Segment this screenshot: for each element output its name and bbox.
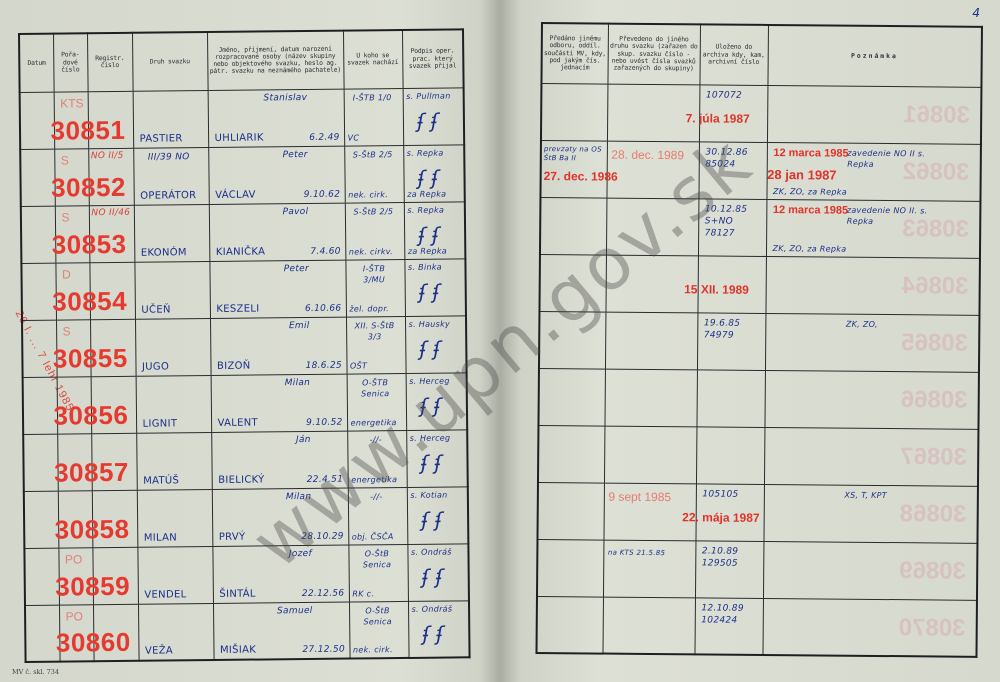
- holder-sub: nek. cirk.: [348, 190, 388, 199]
- order-no-cell: KTS 30851: [54, 91, 89, 148]
- holder: I-ŠTB 3/MU: [352, 263, 396, 285]
- signer-name: s. Repka: [407, 148, 444, 157]
- transferred-cell: [538, 368, 604, 426]
- bleed-through-number: 30863: [902, 215, 969, 244]
- header-row: Předáno jinému odboru, oddíl. součásti M…: [541, 23, 982, 87]
- codename: JUGO: [142, 361, 169, 372]
- signature-mark: ʄ ʄ: [422, 564, 443, 588]
- col-header-holder: U koho se svazek nachází: [343, 30, 403, 89]
- surname: ŠINTÁL: [219, 588, 255, 599]
- first-name: Peter: [284, 263, 309, 273]
- converted-cell: [604, 369, 696, 427]
- signer-name: s. Kotian: [410, 490, 447, 499]
- holder-sub: obj. ČSČA: [352, 532, 394, 541]
- file-type-cell: MATÚŠ: [136, 432, 212, 490]
- form-code: MV č. skl. 734: [12, 668, 59, 676]
- bleed-through-number: 30870: [899, 614, 966, 643]
- reg-note: NO II/46: [91, 207, 130, 217]
- transferred-note: [542, 316, 602, 317]
- holder-cell: O-ŠtB Senica nek. cirk.: [349, 601, 409, 659]
- registration-number-stamp: 30853: [52, 228, 127, 260]
- note-cell: 30861: [767, 85, 981, 144]
- first-name: Samuel: [277, 605, 313, 615]
- file-type-cell: III/39 NO OPERÁTOR: [133, 147, 209, 205]
- file-type-cell: PASTIER: [133, 90, 209, 148]
- col-header-archived: Uloženo do archiva kdy, kam, archivní čí…: [699, 24, 768, 85]
- holder-sub: VC: [348, 133, 360, 142]
- holder: S-ŠtB 2/5: [351, 206, 395, 217]
- signer-sub: za Repka: [408, 246, 447, 255]
- holder: O-ŠtB Senica: [355, 548, 399, 570]
- signature-mark: ʄ ʄ: [423, 621, 444, 645]
- person-cell: Jozef ŠINTÁL 22.12.56: [212, 545, 349, 603]
- signature-cell: s. Herceg ʄ ʄ: [406, 372, 468, 430]
- person-cell: Milan PRVÝ 28.10.29: [212, 488, 349, 546]
- date-cell: [23, 434, 58, 491]
- codename: EKONÓM: [141, 247, 187, 258]
- col-header-converted: Převedeno do jiného druhu svazku (zařaze…: [607, 24, 700, 85]
- holder-sub: energetika: [351, 475, 397, 484]
- note-cell: 30869: [763, 541, 977, 600]
- date-cell: [21, 263, 56, 320]
- signature-cell: s. Ondráš ʄ ʄ: [408, 600, 470, 658]
- table-row: 19.6.85 74979 ZK, ZO, 30865: [539, 311, 979, 372]
- signer-name: s. Hausky: [409, 319, 451, 328]
- first-name: Emil: [289, 320, 310, 330]
- order-no-cell: 30858: [58, 490, 93, 547]
- transferred-note: [542, 373, 602, 374]
- signature-mark: ʄ ʄ: [421, 450, 442, 474]
- signer-sub: za Repka: [407, 189, 446, 198]
- table-row: 12.10.89 102424 30870: [536, 596, 976, 657]
- holder-sub: nek. cirk.: [353, 645, 393, 654]
- prefix-mark: D: [62, 267, 71, 281]
- type-note: III/39 NO: [148, 152, 190, 162]
- table-row: 15 XII. 1989 30864: [539, 254, 979, 315]
- date-of-birth: 6.10.66: [305, 303, 342, 313]
- signature-mark: ʄ ʄ: [419, 279, 440, 303]
- holder-cell: -//- obj. ČSČA: [348, 487, 408, 545]
- date-of-birth: 6.2.49: [309, 132, 340, 142]
- bleed-through-number: 30864: [902, 272, 969, 301]
- holder-cell: -//- energetika: [347, 430, 407, 488]
- note-text: [848, 90, 938, 91]
- archived-cell: 107072 7. júla 1987: [699, 84, 767, 142]
- transferred-note: [540, 601, 600, 602]
- holder-cell: I-ŠTB 3/MU žel. dopr.: [345, 259, 405, 317]
- bleed-through-number: 30865: [901, 329, 968, 358]
- signature-cell: s. Ondráš ʄ ʄ: [407, 543, 469, 601]
- prefix-mark: S: [61, 153, 69, 167]
- holder-sub: RK c.: [352, 589, 374, 598]
- holder: I-ŠTB 1/0: [350, 92, 394, 103]
- holder-sub: energetika: [351, 418, 397, 427]
- col-header-file-type: Druh svazku: [132, 32, 208, 91]
- bleed-through-number: 30862: [903, 158, 970, 187]
- surname: BIELICKÝ: [218, 474, 264, 485]
- right-page: 4 Předáno jinému odboru, oddíl. součásti…: [505, 0, 1000, 682]
- converted-date-stamp: 9 sept 1985: [608, 489, 671, 504]
- registration-number-stamp: 30851: [50, 114, 125, 146]
- table-row: D 30854 UČEŇ Peter KESZELI 6.10.66 I-ŠTB…: [21, 258, 466, 320]
- transferred-cell: [537, 539, 603, 597]
- table-row: KTS 30851 PASTIER Stanislav UHLIARIK 6.2…: [20, 87, 465, 149]
- codename: MATÚŠ: [143, 475, 179, 486]
- table-row: 30857 MATÚŠ Ján BIELICKÝ 22.4.51 -//- en…: [23, 429, 468, 491]
- holder: -//-: [354, 491, 398, 502]
- table-row: 10.12.85 S+NO 78127 12 marca 1985 zavede…: [540, 197, 980, 258]
- date-cell: [24, 548, 59, 605]
- codename: VENDEL: [144, 589, 186, 600]
- archived-cell: [696, 369, 764, 427]
- first-name: Ján: [296, 434, 311, 444]
- prefix-mark: S: [63, 324, 71, 338]
- table-row: PO 30859 VENDEL Jozef ŠINTÁL 22.12.56 O-…: [24, 543, 469, 605]
- converted-cell: na KTS 21.5.85: [603, 540, 695, 598]
- first-name: Milan: [285, 377, 311, 387]
- surname: PRVÝ: [219, 531, 246, 542]
- codename: PASTIER: [140, 133, 183, 144]
- archived-cell: 15 XII. 1989: [697, 255, 765, 313]
- surname: VALENT: [218, 417, 258, 428]
- archived-cell: 30.12.86 85024: [698, 141, 766, 199]
- order-no-cell: S 30853: [55, 205, 90, 262]
- order-no-cell: PO 30860: [59, 604, 94, 661]
- signer-name: s. Ondráš: [411, 547, 452, 556]
- date-cell: [25, 605, 60, 662]
- transferred-cell: [537, 482, 603, 540]
- signature-cell: s. Repka ʄ ʄ za Repka: [403, 144, 465, 202]
- date-cell: [20, 92, 55, 149]
- registration-number-stamp: 30856: [53, 399, 128, 431]
- col-header-person: Jméno, příjmení, datum narození rozpraco…: [207, 31, 344, 90]
- reg-note: NO II/5: [91, 150, 124, 160]
- file-type-cell: UČEŇ: [134, 261, 210, 319]
- converted-date-stamp: 28. dec. 1989: [611, 147, 684, 162]
- signature-mark: ʄ ʄ: [421, 507, 442, 531]
- note-cell: 12 marca 1985 zavedenie NO II. s. Repka …: [766, 199, 980, 258]
- surname: UHLIARIK: [215, 132, 264, 144]
- note-cell: 12 marca 1985 zavedenie NO II s. Repka 2…: [766, 142, 980, 201]
- left-page: 26 I. ... 7 lehr 1985 Datum Pořa-dové čí…: [0, 0, 495, 682]
- signature-mark: ʄ ʄ: [418, 165, 439, 189]
- prefix-mark: KTS: [60, 96, 83, 110]
- table-row: na KTS 21.5.85 2.10.89 129505 30869: [537, 539, 977, 600]
- holder-cell: O-ŠTB Senica energetika: [347, 373, 407, 431]
- transferred-note: [543, 202, 603, 203]
- table-row: S 30853 NO II/46 EKONÓM Pavol KIANIČKA 7…: [21, 201, 466, 263]
- note-date-stamp-2: 28 jan 1987: [767, 166, 837, 182]
- register-table-left: Datum Pořa-dové číslo Registr. číslo Dru…: [18, 28, 471, 663]
- file-type-cell: JUGO: [135, 318, 211, 376]
- holder: O-ŠtB Senica: [356, 605, 400, 627]
- transferred-note: prevzaty na OS ŠtB Ba II: [544, 145, 604, 164]
- bleed-through-number: 30867: [900, 443, 967, 472]
- bleed-through-number: 30868: [900, 500, 967, 529]
- registration-number-stamp: 30855: [53, 342, 128, 374]
- transferred-note: [541, 430, 601, 431]
- codename: MILAN: [144, 532, 177, 543]
- table-row: 30866: [538, 368, 978, 429]
- header-row: Datum Pořa-dové číslo Registr. číslo Dru…: [19, 29, 464, 92]
- note-cell: ZK, ZO, 30865: [765, 313, 979, 372]
- ledger-spread: 26 I. ... 7 lehr 1985 Datum Pořa-dové čí…: [0, 0, 1000, 682]
- note-text-2: ZK, ZO, za Repka: [773, 187, 847, 197]
- surname: BIZOŇ: [217, 360, 251, 371]
- signature-cell: s. Herceg ʄ ʄ: [406, 429, 468, 487]
- table-row: 107072 7. júla 1987 30861: [541, 83, 981, 144]
- order-no-cell: S 30852: [54, 148, 89, 205]
- person-cell: Samuel MIŠIAK 27.12.50: [213, 602, 350, 660]
- col-header-signature: Podpis oper. prac. který svazek přijal: [402, 29, 464, 88]
- file-type-cell: EKONÓM: [134, 204, 210, 262]
- note-text-2: ZK, ZO, za Repka: [772, 244, 846, 254]
- note-text: [844, 546, 934, 547]
- signer-name: s. Pullman: [406, 91, 450, 100]
- holder-cell: XII. S-ŠtB 3/3 OŠT: [346, 316, 406, 374]
- signer-name: s. Repka: [407, 205, 444, 214]
- date-cell: [21, 206, 56, 263]
- col-header-reg-no: Registr. číslo: [87, 33, 133, 91]
- holder-cell: S-ŠtB 2/5 nek. cirkv.: [345, 202, 405, 260]
- archive-number: 107072: [706, 89, 762, 101]
- converted-note: na KTS 21.5.85: [608, 548, 665, 557]
- transferred-cell: [540, 197, 606, 255]
- archive-date-stamp: 22. mája 1987: [682, 510, 760, 525]
- prefix-mark: PO: [65, 552, 82, 566]
- person-cell: Peter KESZELI 6.10.66: [209, 260, 346, 318]
- codename: VEŽA: [145, 645, 173, 656]
- table-row: prevzaty na OS ŠtB Ba II 27. dec. 1986 2…: [540, 140, 980, 201]
- note-date-stamp: 12 marca 1985: [773, 147, 848, 160]
- archived-cell: [696, 426, 764, 484]
- codename: LIGNIT: [143, 418, 178, 429]
- order-no-cell: 30857: [57, 433, 92, 490]
- transferred-note: [541, 487, 601, 488]
- col-header-date: Datum: [19, 34, 54, 92]
- signer-name: s. Binka: [408, 262, 442, 271]
- first-name: Peter: [283, 149, 308, 159]
- register-table-right: Předáno jinému odboru, oddíl. součásti M…: [535, 22, 982, 658]
- person-cell: Emil BIZOŇ 18.6.25: [210, 317, 347, 375]
- registration-number-stamp: 30860: [56, 627, 131, 659]
- converted-cell: [605, 312, 697, 370]
- transferred-note: [540, 544, 600, 545]
- archive-number: 19.6.85 74979: [704, 317, 760, 341]
- transferred-cell: [536, 596, 602, 654]
- transferred-note: [544, 88, 604, 89]
- note-text: [846, 261, 936, 262]
- archived-cell: 12.10.89 102424: [694, 597, 762, 655]
- date-of-birth: 9.10.52: [306, 417, 343, 427]
- note-text: [843, 603, 933, 604]
- order-no-cell: D 30854: [55, 262, 90, 319]
- holder-sub: žel. dopr.: [349, 304, 389, 313]
- archive-number: 2.10.89 129505: [702, 545, 758, 569]
- holder: S-ŠtB 2/5: [351, 149, 395, 160]
- holder: XII. S-ŠtB 3/3: [353, 320, 397, 342]
- signer-name: s. Herceg: [410, 433, 451, 442]
- surname: KIANIČKA: [216, 246, 266, 258]
- person-cell: Pavol KIANIČKA 7.4.60: [209, 203, 346, 261]
- date-of-birth: 22.12.56: [302, 588, 345, 598]
- surname: KESZELI: [216, 303, 259, 314]
- order-no-cell: 30856: [57, 376, 92, 433]
- archive-date-stamp: 7. júla 1987: [686, 111, 750, 126]
- page-number: 4: [972, 6, 980, 20]
- converted-cell: [602, 597, 694, 655]
- registration-number-stamp: 30854: [52, 285, 127, 317]
- archived-cell: 2.10.89 129505: [695, 540, 763, 598]
- signer-name: s. Herceg: [409, 376, 450, 385]
- table-row: PO 30860 VEŽA Samuel MIŠIAK 27.12.50 O-Š…: [25, 600, 470, 662]
- archive-date-stamp: 15 XII. 1989: [684, 282, 749, 297]
- holder-cell: I-ŠTB 1/0 VC: [344, 88, 404, 146]
- first-name: Milan: [286, 491, 312, 501]
- archive-number: 105105: [702, 488, 758, 500]
- transferred-cell: [539, 311, 605, 369]
- signature-cell: s. Pullman ʄ ʄ: [403, 87, 465, 145]
- order-no-cell: S 30855: [56, 319, 91, 376]
- person-cell: Ján BIELICKÝ 22.4.51: [211, 431, 348, 489]
- archived-cell: 19.6.85 74979: [697, 312, 765, 370]
- bleed-through-number: 30866: [901, 386, 968, 415]
- holder-sub: nek. cirkv.: [349, 247, 393, 256]
- note-cell: XS, T, KPT 30868: [763, 484, 977, 543]
- converted-cell: [606, 198, 698, 256]
- bleed-through-number: 30869: [899, 557, 966, 586]
- prefix-mark: S: [61, 210, 69, 224]
- transferred-cell: prevzaty na OS ŠtB Ba II 27. dec. 1986: [540, 140, 606, 198]
- converted-cell: 28. dec. 1989: [606, 141, 698, 199]
- table-row: 9 sept 1985 105105 22. mája 1987 XS, T, …: [537, 482, 977, 543]
- bleed-through-number: 30861: [903, 101, 970, 130]
- signature-mark: ʄ ʄ: [420, 336, 441, 360]
- signature-mark: ʄ ʄ: [419, 222, 440, 246]
- archived-cell: 10.12.85 S+NO 78127: [698, 198, 766, 256]
- order-no-cell: PO 30859: [58, 547, 93, 604]
- note-cell: 30867: [764, 427, 978, 486]
- table-row: S 30852 NO II/5 III/39 NO OPERÁTOR Peter…: [20, 144, 465, 206]
- codename: OPERÁTOR: [140, 190, 196, 202]
- transferred-note: [543, 259, 603, 260]
- note-cell: 30866: [764, 370, 978, 429]
- surname: MIŠIAK: [220, 645, 256, 656]
- archive-number: 12.10.89 102424: [701, 602, 757, 626]
- registration-number-stamp: 30859: [55, 570, 130, 602]
- date-of-birth: 28.10.29: [301, 531, 344, 541]
- note-cell: 30870: [762, 598, 976, 657]
- date-cell: [22, 320, 57, 377]
- col-header-note: Poznámka: [767, 25, 982, 87]
- surname: VÁCLAV: [215, 189, 256, 200]
- signer-name: s. Ondráš: [412, 604, 453, 613]
- signature-cell: s. Repka ʄ ʄ za Repka: [404, 201, 466, 259]
- table-row: 30856 LIGNIT Milan VALENT 9.10.52 O-ŠTB …: [23, 372, 468, 434]
- date-of-birth: 9.10.62: [304, 189, 341, 199]
- archived-cell: 105105 22. mája 1987: [695, 483, 763, 541]
- person-cell: Peter VÁCLAV 9.10.62: [208, 146, 345, 204]
- signature-mark: ʄ ʄ: [417, 108, 438, 132]
- date-of-birth: 7.4.60: [310, 246, 341, 256]
- col-header-order-no: Pořa-dové číslo: [53, 33, 88, 91]
- date-cell: [20, 149, 55, 206]
- person-cell: Milan VALENT 9.10.52: [211, 374, 348, 432]
- signature-cell: s. Binka ʄ ʄ: [404, 258, 466, 316]
- first-name: Pavol: [283, 206, 309, 216]
- col-header-transferred: Předáno jinému odboru, oddíl. součásti M…: [541, 23, 608, 84]
- codename: UČEŇ: [141, 304, 170, 315]
- table-row: S 30855 JUGO Emil BIZOŇ 18.6.25 XII. S-Š…: [22, 315, 467, 377]
- prefix-mark: PO: [66, 609, 83, 623]
- holder-cell: S-ŠtB 2/5 nek. cirk.: [344, 145, 404, 203]
- date-of-birth: 22.4.51: [307, 474, 344, 484]
- date-of-birth: 27.12.50: [302, 645, 345, 655]
- date-cell: [24, 491, 59, 548]
- date-of-birth: 18.6.25: [305, 360, 342, 370]
- converted-cell: [604, 426, 696, 484]
- table-row: 30867: [538, 425, 978, 486]
- note-text: [845, 432, 935, 433]
- holder-cell: O-ŠtB Senica RK c.: [348, 544, 408, 602]
- signature-mark: ʄ ʄ: [420, 393, 441, 417]
- file-type-cell: VENDEL: [137, 546, 213, 604]
- holder-sub: OŠT: [350, 361, 367, 370]
- transferred-cell: [541, 83, 607, 141]
- date-cell: [23, 377, 58, 434]
- transferred-cell: [538, 425, 604, 483]
- registration-number-stamp: 30858: [55, 513, 130, 545]
- table-row: 30858 MILAN Milan PRVÝ 28.10.29 -//- obj…: [24, 486, 469, 548]
- note-date-stamp: 12 marca 1985: [773, 204, 848, 217]
- archive-number: 10.12.85 S+NO 78127: [705, 203, 761, 239]
- registration-number-stamp: 30857: [54, 456, 129, 488]
- first-name: Jozef: [289, 548, 312, 558]
- person-cell: Stanislav UHLIARIK 6.2.49: [208, 89, 345, 147]
- holder: -//-: [354, 434, 398, 445]
- signature-cell: s. Hausky ʄ ʄ: [405, 315, 467, 373]
- file-type-cell: MILAN: [137, 489, 213, 547]
- note-cell: 30864: [765, 256, 979, 315]
- first-name: Stanislav: [263, 92, 307, 102]
- transferred-cell: [539, 254, 605, 312]
- file-type-cell: VEŽA: [138, 603, 214, 661]
- holder: O-ŠTB Senica: [353, 377, 397, 399]
- registration-number-stamp: 30852: [51, 171, 126, 203]
- file-type-cell: LIGNIT: [136, 375, 212, 433]
- archive-number: 30.12.86 85024: [705, 146, 761, 170]
- signature-cell: s. Kotian ʄ ʄ: [407, 486, 469, 544]
- note-text: [845, 375, 935, 376]
